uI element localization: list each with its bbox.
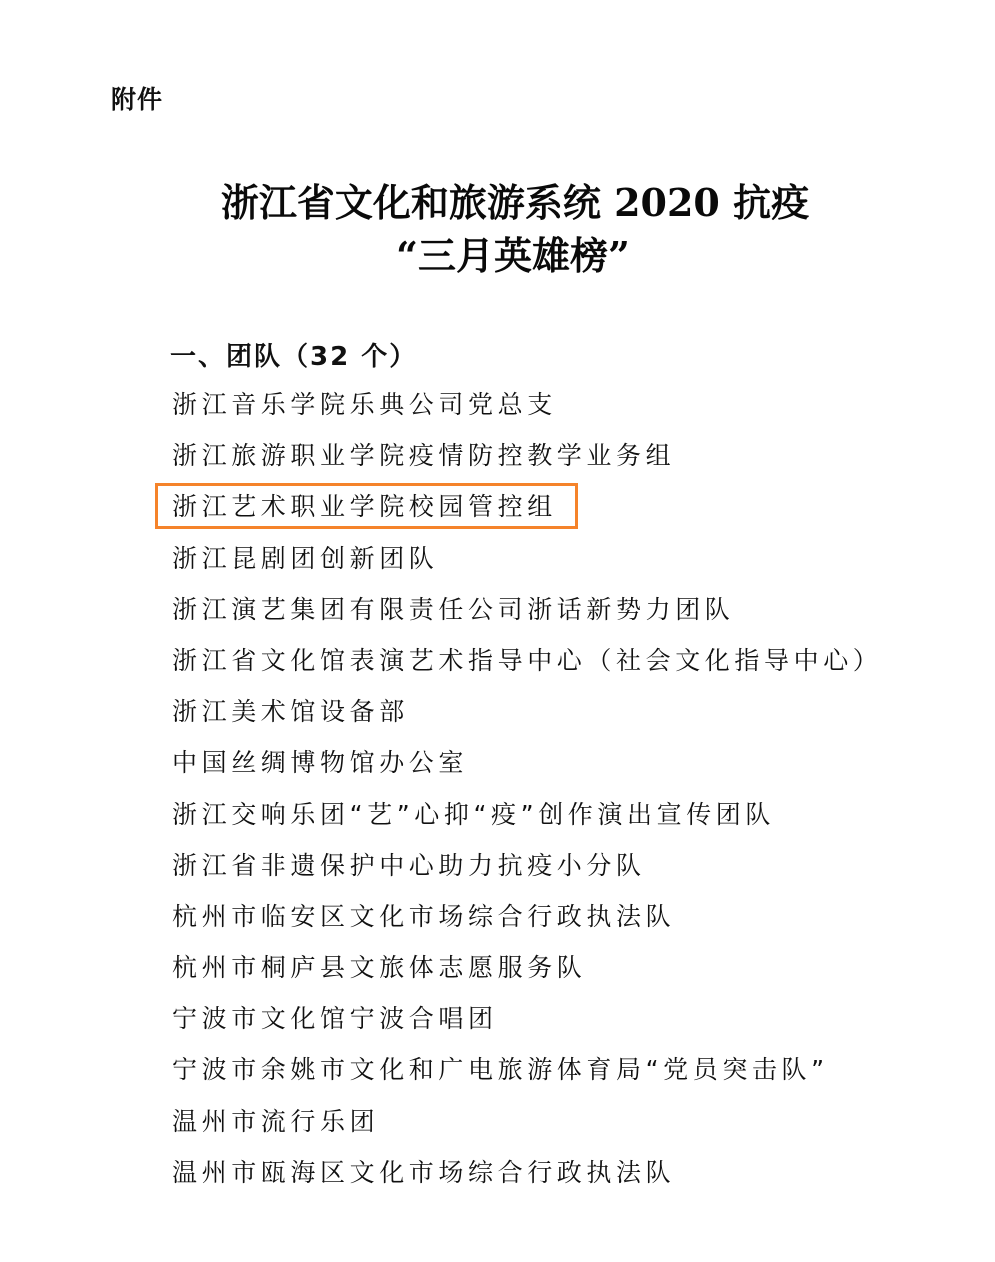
list-item: 浙江交响乐团“艺”心抑“疫”创作演出宣传团队 [172,796,882,847]
list-item: 温州市流行乐团 [172,1103,882,1154]
list-item: 杭州市桐庐县文旅体志愿服务队 [172,949,882,1000]
list-item: 浙江旅游职业学院疫情防控教学业务组 [172,437,882,488]
list-item: 宁波市余姚市文化和广电旅游体育局“党员突击队” [172,1051,882,1102]
list-item: 中国丝绸博物馆办公室 [172,744,882,795]
list-item: 杭州市临安区文化市场综合行政执法队 [172,898,882,949]
section-heading: 一、团队（32 个） [170,336,417,373]
team-list: 浙江音乐学院乐典公司党总支 浙江旅游职业学院疫情防控教学业务组 浙江艺术职业学院… [172,386,882,1205]
list-item: 浙江音乐学院乐典公司党总支 [172,386,882,437]
document-title-line-2: “三月英雄榜” [0,225,995,280]
list-item: 温州市瓯海区文化市场综合行政执法队 [172,1154,882,1205]
list-item: 浙江美术馆设备部 [172,693,882,744]
document-title-line-1: 浙江省文化和旅游系统 2020 抗疫 [0,172,995,227]
list-item: 宁波市文化馆宁波合唱团 [172,1000,882,1051]
attachment-label: 附件 [111,80,163,116]
list-item: 浙江昆剧团创新团队 [172,540,882,591]
list-item: 浙江演艺集团有限责任公司浙话新势力团队 [172,591,882,642]
list-item: 浙江省文化馆表演艺术指导中心（社会文化指导中心） [172,642,882,693]
list-item: 浙江省非遗保护中心助力抗疫小分队 [172,847,882,898]
list-item-highlighted: 浙江艺术职业学院校园管控组 [172,488,882,539]
